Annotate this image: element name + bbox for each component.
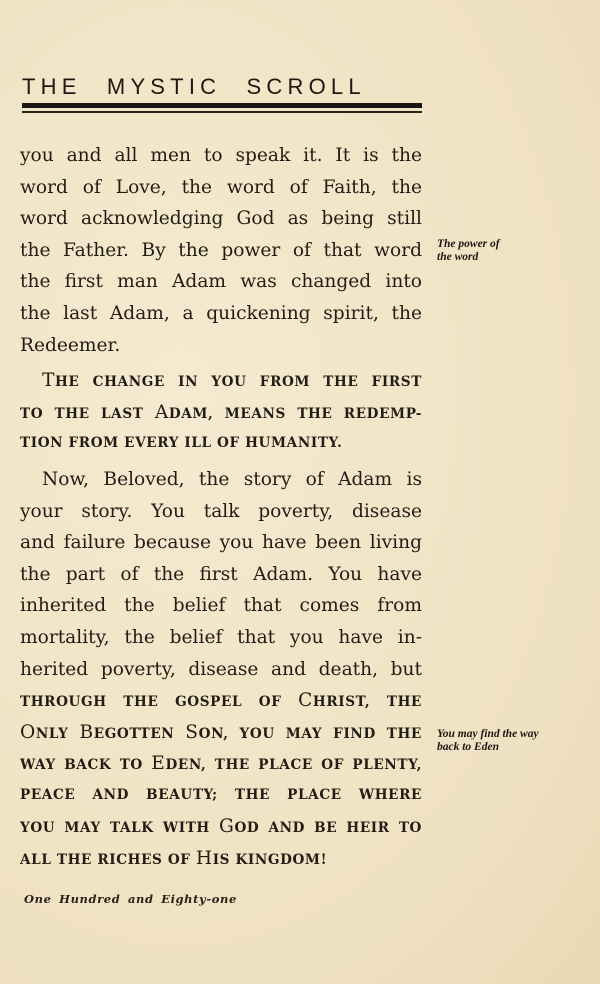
text-line: ONLY BEGOTTEN SON, YOU MAY FIND THE (20, 717, 422, 749)
paragraph-3: Now, Beloved, the story of Adam is your … (20, 464, 422, 685)
margin-note-line: The power of (437, 238, 500, 251)
text-line: the part of the first Adam. You have (20, 559, 422, 591)
text-line: TION FROM EVERY ILL OF HUMANITY. (20, 428, 422, 460)
text-line: the first man Adam was changed into (20, 266, 422, 298)
margin-note-line: You may find the way (437, 728, 539, 741)
running-head: THE MYSTIC SCROLL (22, 74, 424, 100)
margin-note-power-of-word: The power of the word (437, 238, 500, 264)
text-line: Redeemer. (20, 330, 422, 362)
header-rule-thick (22, 103, 422, 108)
text-line: THE CHANGE IN YOU FROM THE FIRST (20, 365, 422, 397)
text-line: word of Love, the word of Faith, the (20, 172, 422, 204)
text-line: mortality, the belief that you have in- (20, 622, 422, 654)
paragraph-2-small-caps: THE CHANGE IN YOU FROM THE FIRST TO THE … (20, 365, 422, 460)
text-line: PEACE AND BEAUTY; THE PLACE WHERE (20, 780, 422, 812)
text-line: the Father. By the power of that word (20, 235, 422, 267)
paragraph-1: you and all men to speak it. It is the w… (20, 140, 422, 361)
paragraph-4-small-caps: THROUGH THE GOSPEL OF CHRIST, THE ONLY B… (20, 685, 422, 875)
margin-note-line: back to Eden (437, 741, 539, 754)
text-line: herited poverty, disease and death, but (20, 654, 422, 686)
text-line: TO THE LAST ADAM, MEANS THE REDEMP- (20, 397, 422, 429)
body-text: you and all men to speak it. It is the w… (20, 140, 422, 875)
margin-note-line: the word (437, 251, 500, 264)
text-line: ALL THE RICHES OF HIS KINGDOM! (20, 843, 422, 875)
page-number-folio: One Hundred and Eighty-one (24, 892, 237, 906)
text-line: you and all men to speak it. It is the (20, 140, 422, 172)
text-line: WAY BACK TO EDEN, THE PLACE OF PLENTY, (20, 748, 422, 780)
text-line: your story. You talk poverty, disease (20, 496, 422, 528)
text-line: inherited the belief that comes from (20, 590, 422, 622)
text-line: the last Adam, a quickening spirit, the (20, 298, 422, 330)
text-line: THROUGH THE GOSPEL OF CHRIST, THE (20, 685, 422, 717)
text-line: YOU MAY TALK WITH GOD AND BE HEIR TO (20, 811, 422, 843)
text-line: and failure because you have been living (20, 527, 422, 559)
text-line: Now, Beloved, the story of Adam is (20, 464, 422, 496)
header-rule-thin (22, 111, 422, 113)
text-line: word acknowledging God as being still (20, 203, 422, 235)
margin-note-back-to-eden: You may find the way back to Eden (437, 728, 539, 754)
